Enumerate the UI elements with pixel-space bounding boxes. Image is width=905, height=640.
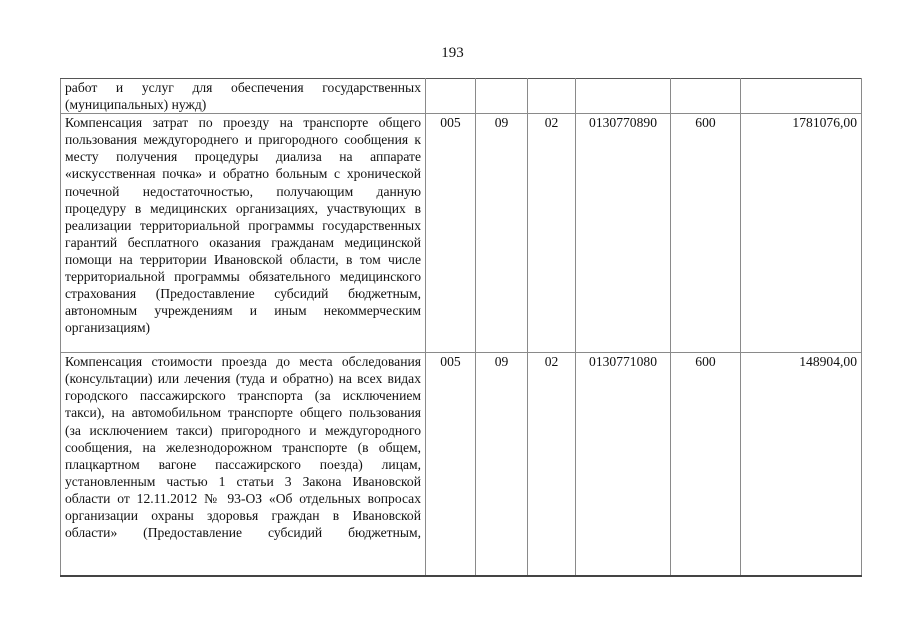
ministry-code: 005 (426, 114, 476, 353)
subsection-code: 02 (528, 353, 576, 577)
budget-table: работ и услуг для обеспечения государств… (60, 78, 862, 577)
ministry-code: 005 (426, 353, 476, 577)
row-description: Компенсация затрат по проезду на транспо… (61, 114, 426, 353)
expense-type-code (671, 79, 741, 114)
table-row: работ и услуг для обеспечения государств… (61, 79, 862, 114)
table-row: Компенсация стоимости проезда до места о… (61, 353, 862, 577)
amount (741, 79, 862, 114)
subsection-code: 02 (528, 114, 576, 353)
target-article-code: 0130771080 (576, 353, 671, 577)
row-description: работ и услуг для обеспечения государств… (61, 79, 426, 114)
ministry-code (426, 79, 476, 114)
target-article-code: 0130770890 (576, 114, 671, 353)
table-row: Компенсация затрат по проезду на транспо… (61, 114, 862, 353)
section-code: 09 (476, 114, 528, 353)
amount: 148904,00 (741, 353, 862, 577)
row-description: Компенсация стоимости проезда до места о… (61, 353, 426, 577)
subsection-code (528, 79, 576, 114)
expense-type-code: 600 (671, 114, 741, 353)
expense-type-code: 600 (671, 353, 741, 577)
target-article-code (576, 79, 671, 114)
amount: 1781076,00 (741, 114, 862, 353)
page-number: 193 (0, 45, 905, 62)
section-code (476, 79, 528, 114)
section-code: 09 (476, 353, 528, 577)
